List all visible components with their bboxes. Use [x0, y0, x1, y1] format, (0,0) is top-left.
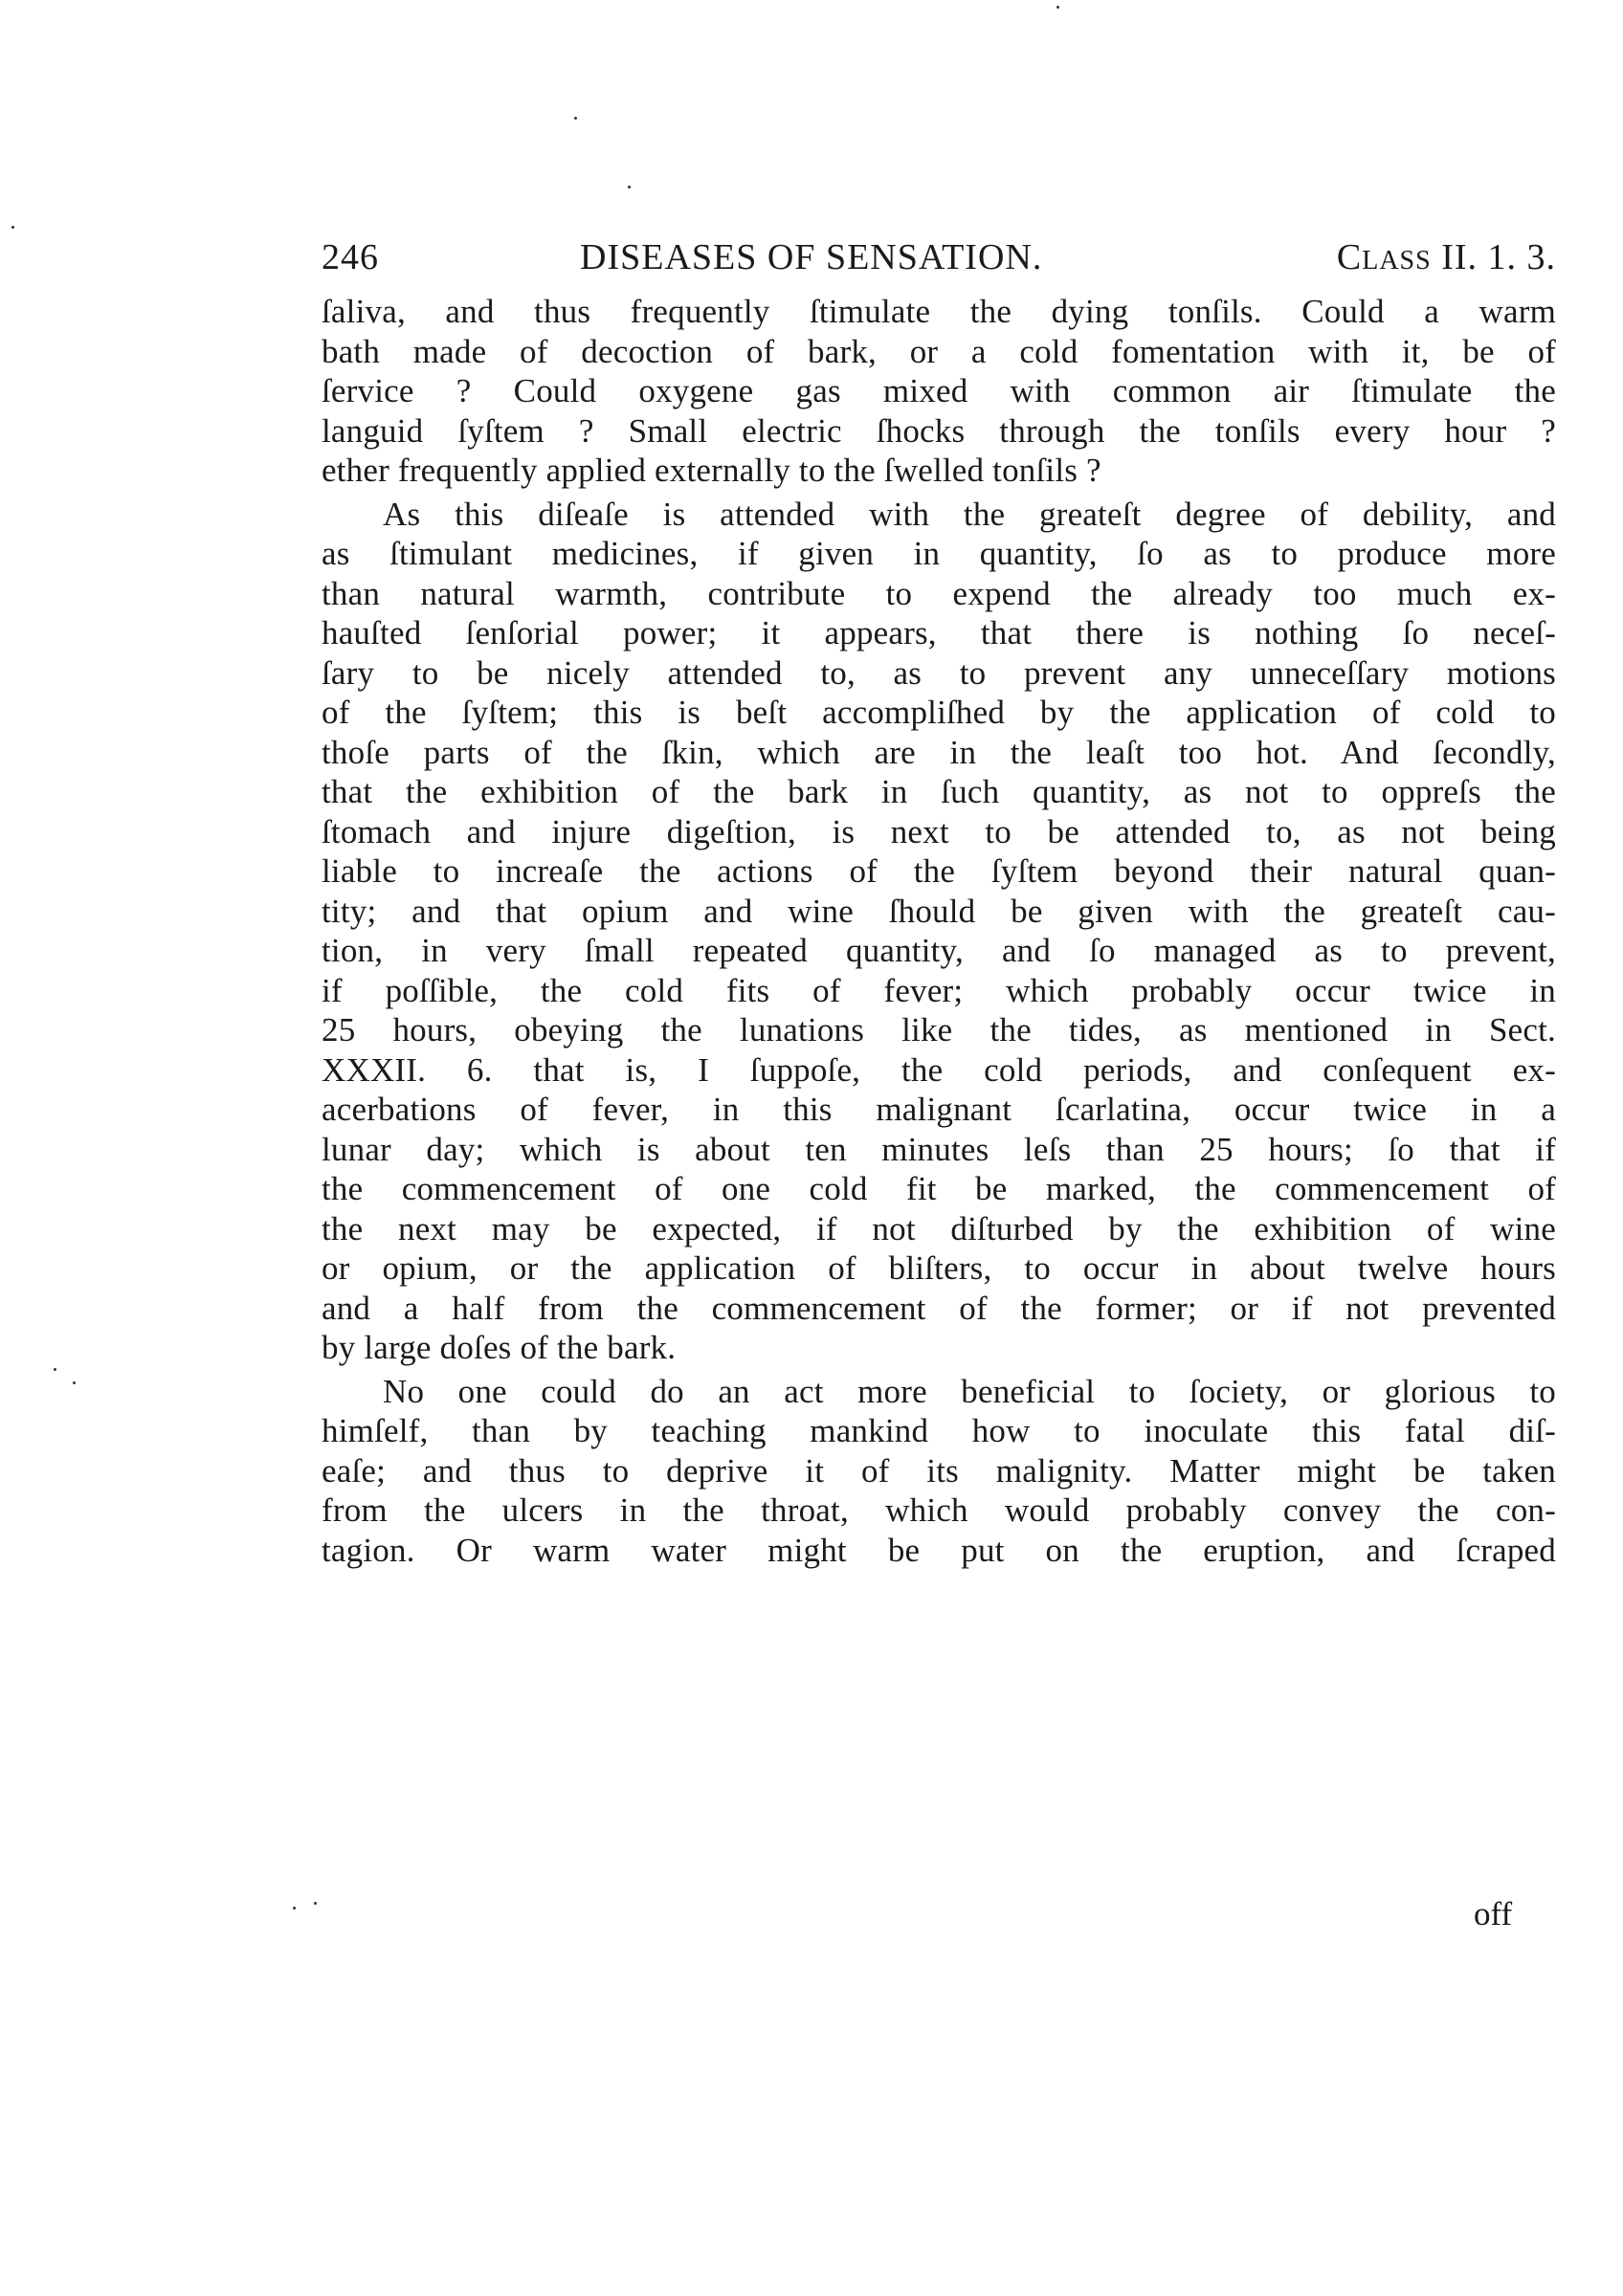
- text-line: languid ſyſtem ? Small electric ſhocks t…: [322, 411, 1556, 452]
- scan-speck: [11, 226, 14, 229]
- text-line: that the exhibition of the bark in ſuch …: [322, 772, 1556, 812]
- class-suffix: II. 1. 3.: [1432, 237, 1556, 277]
- text-line: the next may be expected, if not diſturb…: [322, 1209, 1556, 1249]
- text-line: No one could do an act more beneficial t…: [322, 1372, 1556, 1412]
- class-reference: CLASS II. 1. 3.: [1337, 233, 1556, 285]
- scan-speck: [628, 186, 631, 188]
- text-line: by large doſes of the bark.: [322, 1328, 1556, 1368]
- catchword: off: [1474, 1894, 1512, 1933]
- paragraph: As this diſeaſe is attended with the gre…: [322, 495, 1556, 1368]
- text-line: than natural warmth, contribute to expen…: [322, 574, 1556, 614]
- paragraph: No one could do an act more beneficial t…: [322, 1372, 1556, 1571]
- text-line: bath made of decoction of bark, or a col…: [322, 332, 1556, 372]
- scan-speck: [293, 1907, 296, 1910]
- class-smallcaps: LASS: [1362, 246, 1431, 276]
- text-line: and a half from the commencement of the …: [322, 1289, 1556, 1329]
- text-line: thoſe parts of the ſkin, which are in th…: [322, 733, 1556, 773]
- text-line: ether frequently applied externally to t…: [322, 451, 1556, 491]
- text-line: hauſted ſenſorial power; it appears, tha…: [322, 613, 1556, 653]
- book-page: 246 DISEASES OF SENSATION. CLASS II. 1. …: [0, 0, 1623, 2296]
- text-line: tion, in very ſmall repeated quantity, a…: [322, 931, 1556, 971]
- text-line: 25 hours, obeying the lunations like the…: [322, 1010, 1556, 1050]
- text-line: acerbations of fever, in this malignant …: [322, 1090, 1556, 1130]
- text-line: the commencement of one cold fit be mark…: [322, 1169, 1556, 1209]
- body-text: ſaliva, and thus frequently ſtimulate th…: [322, 292, 1556, 1570]
- text-line: from the ulcers in the throat, which wou…: [322, 1490, 1556, 1531]
- text-line: if poſſible, the cold fits of fever; whi…: [322, 971, 1556, 1011]
- text-line: himſelf, than by teaching mankind how to…: [322, 1411, 1556, 1451]
- text-line: XXXII. 6. that is, I ſuppoſe, the cold p…: [322, 1050, 1556, 1091]
- scan-speck: [574, 117, 577, 120]
- scan-speck: [73, 1381, 76, 1384]
- text-line: or opium, or the application of bliſters…: [322, 1248, 1556, 1289]
- paragraph: ſaliva, and thus frequently ſtimulate th…: [322, 292, 1556, 491]
- text-line: as ſtimulant medicines, if given in quan…: [322, 534, 1556, 574]
- class-prefix: C: [1337, 237, 1362, 277]
- text-line: tagion. Or warm water might be put on th…: [322, 1531, 1556, 1571]
- text-line: eaſe; and thus to deprive it of its mali…: [322, 1451, 1556, 1491]
- text-line: ſtomach and injure digeſtion, is next to…: [322, 812, 1556, 852]
- running-head: 246 DISEASES OF SENSATION. CLASS II. 1. …: [322, 233, 1556, 281]
- text-line: liable to increaſe the actions of the ſy…: [322, 851, 1556, 892]
- scan-speck: [54, 1368, 56, 1371]
- text-line: ſervice ? Could oxygene gas mixed with c…: [322, 371, 1556, 411]
- text-line: lunar day; which is about ten minutes le…: [322, 1130, 1556, 1170]
- text-line: tity; and that opium and wine ſhould be …: [322, 892, 1556, 932]
- scan-speck: [1056, 6, 1059, 9]
- text-line: As this diſeaſe is attended with the gre…: [322, 495, 1556, 535]
- text-line: of the ſyſtem; this is beſt accompliſhed…: [322, 693, 1556, 733]
- chapter-title: DISEASES OF SENSATION.: [580, 233, 1042, 281]
- page-number: 246: [322, 233, 379, 281]
- scan-speck: [314, 1902, 317, 1905]
- text-line: ſary to be nicely attended to, as to pre…: [322, 653, 1556, 694]
- text-line: ſaliva, and thus frequently ſtimulate th…: [322, 292, 1556, 332]
